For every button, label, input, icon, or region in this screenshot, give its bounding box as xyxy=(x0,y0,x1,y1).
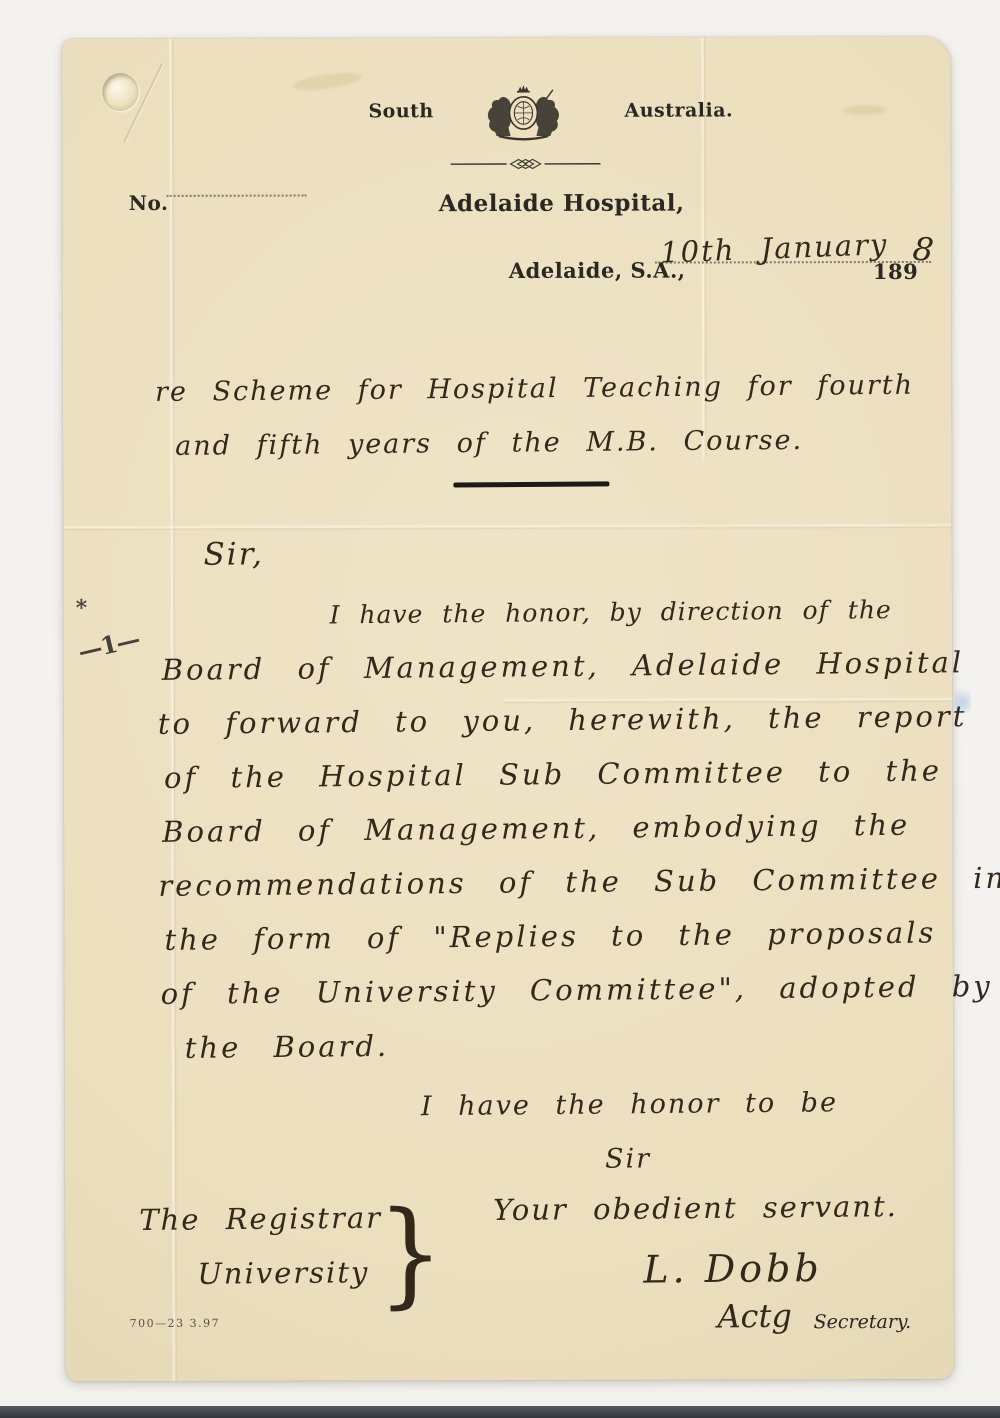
manuscript-line: recommendations of the Sub Committee in xyxy=(158,861,1000,903)
handwritten-date: 10th January xyxy=(660,227,889,270)
paper-fastener-mark xyxy=(102,73,138,111)
manuscript-line: of the Hospital Sub Committee to the xyxy=(164,753,942,794)
closing-line: Your obedient servant. xyxy=(493,1189,898,1227)
royal-coat-of-arms-icon xyxy=(480,84,566,142)
letterhead-motto-right: Australia. xyxy=(624,99,733,121)
letterhead-motto-left: South xyxy=(368,100,433,122)
manuscript-line: I have the honor, by direction of the xyxy=(330,595,892,629)
manuscript-line: Board of Management, embodying the xyxy=(162,808,910,849)
handwritten-year-digit: 8 xyxy=(911,229,936,269)
closing-line: Sir xyxy=(605,1143,651,1174)
divider-ornament-icon xyxy=(451,156,601,170)
addressee-line: The Registrar xyxy=(139,1201,382,1237)
manuscript-line: the Board. xyxy=(185,1029,390,1065)
addressee-line: University xyxy=(197,1255,369,1291)
manuscript-line: Board of Management, Adelaide Hospital xyxy=(162,645,965,687)
foxing-stain xyxy=(842,105,886,115)
number-field-label: No. xyxy=(129,191,169,215)
ink-smudge-mark xyxy=(954,684,971,720)
letter-page: South Australia. No. Adelaide Hospital, … xyxy=(62,37,954,1381)
foxing-stain xyxy=(292,70,363,94)
manuscript-line: to forward to you, herewith, the report xyxy=(158,699,968,741)
addressee-brace: } xyxy=(377,1196,443,1311)
subject-line: and fifth years of the M.B. Course. xyxy=(175,425,803,462)
margin-star-mark: * xyxy=(76,595,88,621)
signature-qualifier: Actg xyxy=(717,1297,792,1336)
signature: L. Dobb xyxy=(643,1246,823,1292)
manuscript-line: of the University Committee", adopted by xyxy=(160,969,992,1011)
secretary-printed-label: Secretary. xyxy=(814,1311,912,1333)
subject-line: re Scheme for Hospital Teaching for four… xyxy=(155,370,914,408)
closing-line: I have the honor to be xyxy=(421,1087,838,1122)
margin-number-mark: —1— xyxy=(75,624,142,666)
scanner-edge-strip xyxy=(0,1406,1000,1418)
form-print-code: 700—23 3.97 xyxy=(130,1317,221,1330)
paper-crease xyxy=(64,523,952,531)
salutation: Sir, xyxy=(203,536,264,573)
number-field-dotted-line xyxy=(167,171,307,197)
manuscript-line: the form of "Replies to the proposals xyxy=(164,915,936,956)
subject-underline xyxy=(453,481,609,487)
hospital-name: Adelaide Hospital, xyxy=(439,190,685,218)
